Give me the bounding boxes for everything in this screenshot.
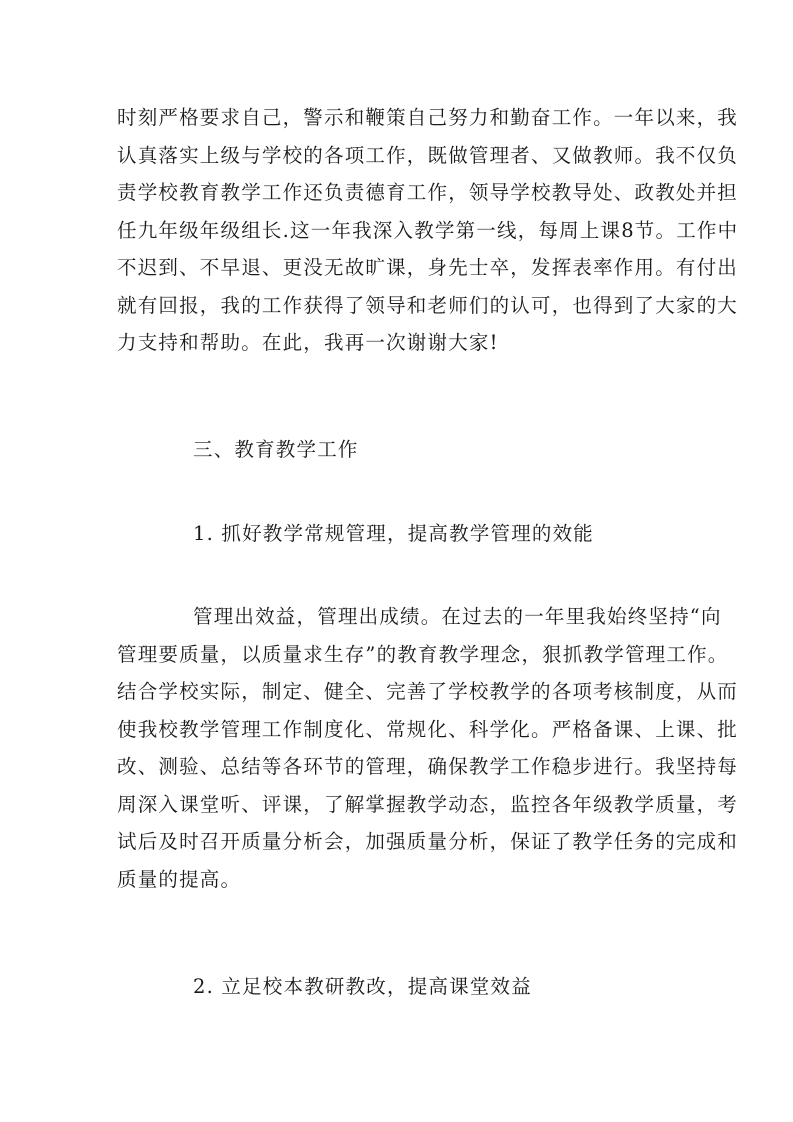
paragraph-line: 时刻严格要求自己，警示和鞭策自己努力和勤奋工作。一年以来，我 xyxy=(117,106,697,130)
paragraph-line: 质量的提高。 xyxy=(117,868,697,892)
paragraph-line: 管理出效益，管理出成绩。在过去的一年里我始终坚持“向 xyxy=(193,605,773,629)
subheading-1: 1. 抓好教学常规管理，提高教学管理的效能 xyxy=(193,522,773,546)
document-page: 时刻严格要求自己，警示和鞭策自己努力和勤奋工作。一年以来，我 认真落实上级与学校… xyxy=(0,0,793,1122)
paragraph-line: 不迟到、不早退、更没无故旷课，身先士卒，发挥表率作用。有付出 xyxy=(117,256,697,280)
paragraph-line: 就有回报，我的工作获得了领导和老师们的认可，也得到了大家的大 xyxy=(117,294,697,318)
paragraph-line: 使我校教学管理工作制度化、常规化、科学化。严格备课、上课、批 xyxy=(117,718,697,742)
subheading-2: 2. 立足校本教研教改，提高课堂效益 xyxy=(193,975,773,999)
paragraph-line: 任九年级年级组长.这一年我深入教学第一线，每周上课8节。工作中 xyxy=(117,219,697,243)
paragraph-line: 责学校教育教学工作还负责德育工作，领导学校教导处、政教处并担 xyxy=(117,181,697,205)
section-heading: 三、教育教学工作 xyxy=(193,438,773,462)
paragraph-line: 周深入课堂听、评课，了解掌握教学动态，监控各年级教学质量，考 xyxy=(117,793,697,817)
paragraph-line: 管理要质量，以质量求生存”的教育教学理念，狠抓教学管理工作。 xyxy=(117,643,697,667)
paragraph-line: 试后及时召开质量分析会，加强质量分析，保证了教学任务的完成和 xyxy=(117,830,697,854)
paragraph-line: 力支持和帮助。在此，我再一次谢谢大家! xyxy=(117,331,697,355)
paragraph-line: 认真落实上级与学校的各项工作，既做管理者、又做教师。我不仅负 xyxy=(117,144,697,168)
paragraph-line: 结合学校实际，制定、健全、完善了学校教学的各项考核制度，从而 xyxy=(117,680,697,704)
paragraph-line: 改、测验、总结等各环节的管理，确保教学工作稳步进行。我坚持每 xyxy=(117,755,697,779)
